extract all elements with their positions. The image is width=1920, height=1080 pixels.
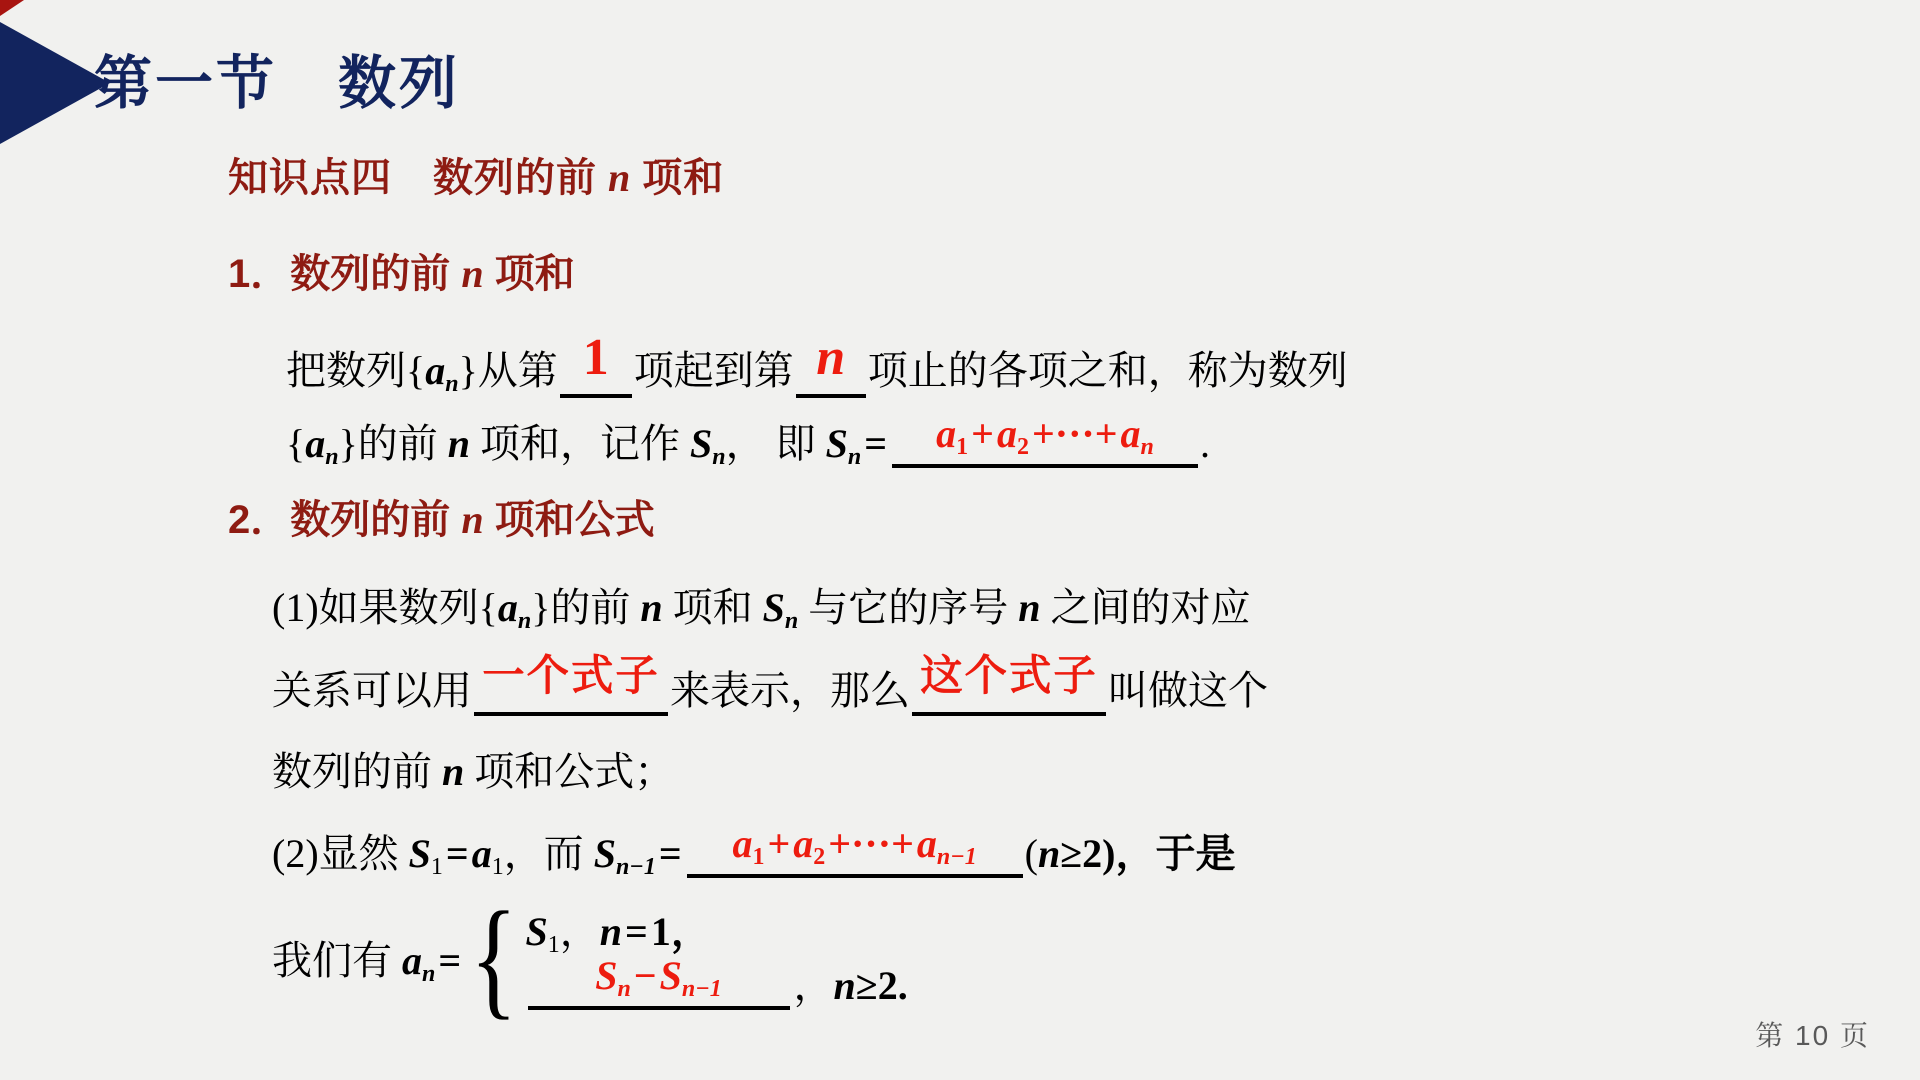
- cases-line: 我们有 an={S1，n=1，Sn−Sn−1，n≥2.: [228, 886, 1728, 1036]
- content-lines: 知识点四 数列的前 n 项和1．数列的前 n 项和把数列{an}从第1项起到第n…: [228, 140, 1728, 1036]
- blank-answer: 这个式子: [912, 670, 1106, 716]
- answer-text: Sn−Sn−1: [595, 956, 722, 996]
- kp-heading: 知识点四 数列的前 n 项和: [228, 140, 1728, 230]
- blank-answer: Sn−Sn−1: [528, 966, 790, 1010]
- item-1-heading: 1．数列的前 n 项和: [228, 230, 1728, 312]
- answer-text: 这个式子: [920, 660, 1098, 702]
- case-row: S1，n=1，: [526, 912, 908, 952]
- item-2-heading: 2．数列的前 n 项和公式: [228, 476, 1728, 558]
- page-number: 第 10 页: [1755, 1014, 1870, 1054]
- answer-text: a1+a2+···+an−1: [732, 824, 976, 864]
- blank-answer: a1+a2+···+an: [892, 424, 1198, 468]
- answer-text: 1: [583, 332, 609, 384]
- answer-text: n: [816, 332, 845, 384]
- page-title: 第一节 数列: [94, 36, 460, 120]
- para-1-line-1: (1)如果数列{an}的前 n 项和 Sn 与它的序号 n 之间的对应: [228, 558, 1728, 640]
- cases-rows: S1，n=1，Sn−Sn−1，n≥2.: [526, 912, 908, 1010]
- corner-accent-icon: [0, 0, 24, 16]
- blank-answer: 一个式子: [474, 670, 668, 716]
- answer-text: a1+a2+···+an: [936, 414, 1154, 454]
- para-1-line-2: 关系可以用一个式子来表示，那么这个式子叫做这个: [228, 640, 1728, 722]
- def-line-2: {an}的前 n 项和，记作 Sn， 即 Sn=a1+a2+···+an.: [228, 394, 1728, 476]
- cases-lead: 我们有 an=: [272, 941, 464, 981]
- blank-answer: a1+a2+···+an−1: [687, 834, 1023, 878]
- para-1-line-3: 数列的前 n 项和公式；: [228, 722, 1728, 804]
- case-row: Sn−Sn−1，n≥2.: [526, 966, 908, 1010]
- brace-icon: {: [470, 903, 518, 1013]
- para-2-line-1: (2)显然 S1=a1，而 Sn−1=a1+a2+···+an−1(n≥2)，于…: [228, 804, 1728, 886]
- def-line-1: 把数列{an}从第1项起到第n项止的各项之和，称为数列: [228, 312, 1728, 394]
- answer-text: 一个式子: [482, 660, 660, 702]
- blank-answer: n: [796, 342, 866, 398]
- blank-answer: 1: [560, 342, 632, 398]
